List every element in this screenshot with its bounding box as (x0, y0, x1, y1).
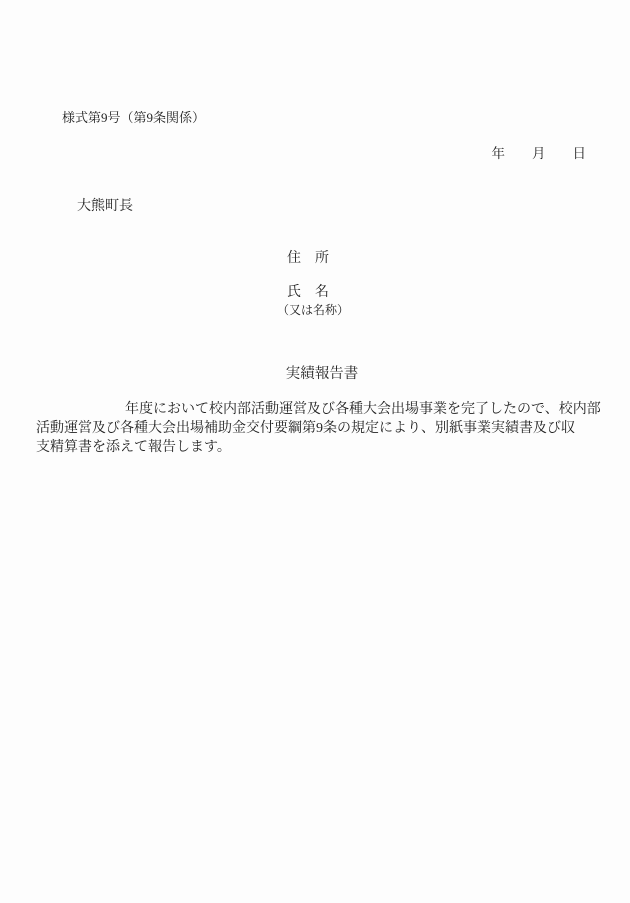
date-line: 年 月 日 (492, 146, 587, 162)
body-paragraph: 年度において校内部活動運営及び各種大会出場事業を完了したので、校内部 活動運営及… (36, 400, 630, 457)
body-line-1: 年度において校内部活動運営及び各種大会出場事業を完了したので、校内部 (36, 400, 630, 419)
address-label: 住 所 (287, 250, 329, 267)
document-title: 実績報告書 (286, 365, 359, 383)
body-line-2: 活動運営及び各種大会出場補助金交付要綱第9条の規定により、別紙事業実績書及び収 (36, 419, 630, 438)
body-line-3: 支精算書を添えて報告します。 (36, 438, 630, 457)
form-number-label: 様式第9号（第9条関係） (62, 110, 205, 126)
name-label: 氏 名 (287, 284, 329, 301)
document-page: 様式第9号（第9条関係） 年 月 日 大熊町長 住 所 氏 名 （又は名称） 実… (0, 0, 630, 903)
name-note-label: （又は名称） (277, 303, 349, 318)
addressee-label: 大熊町長 (77, 198, 133, 215)
